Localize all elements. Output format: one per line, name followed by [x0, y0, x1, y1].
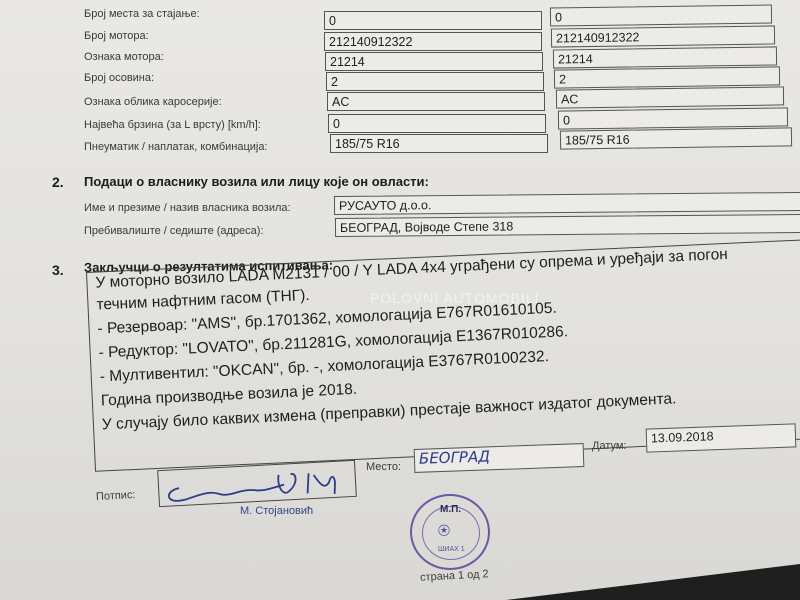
field-value-1: AC	[327, 92, 545, 111]
field-value-2: 212140912322	[551, 25, 775, 47]
signature-scribble-icon	[158, 461, 356, 506]
field-label: Највећа брзина (за L врсту) [km/h]:	[84, 119, 261, 131]
stamp-logo-icon: ⍟	[438, 520, 450, 543]
field-label: Број осовина:	[84, 72, 154, 84]
field-value-1: 21214	[325, 52, 543, 71]
owner-label: Име и презиме / назив власника возила:	[84, 202, 291, 214]
field-value-2: 2	[554, 66, 780, 88]
owner-value: РУСАУТО д.о.о.	[334, 192, 800, 215]
signer-name: М. Стојановић	[240, 505, 313, 517]
date-label: Датум:	[592, 440, 626, 452]
field-value-2: 21214	[553, 46, 777, 68]
stamp-text: ШИАХ 1	[438, 546, 465, 553]
section-3-number: 3.	[52, 262, 64, 278]
field-value-2: 0	[550, 4, 772, 26]
address-value: БЕОГРАД, Војводе Степе 318	[335, 214, 800, 237]
official-stamp: М.П. ⍟ ШИАХ 1	[410, 494, 490, 570]
field-value-1: 0	[328, 114, 546, 133]
field-label: Ознака мотора:	[84, 51, 164, 63]
stamp-label: М.П.	[440, 504, 461, 515]
field-value-1: 185/75 R16	[330, 134, 548, 153]
section-2-number: 2.	[52, 174, 64, 190]
date-value: 13.09.2018	[646, 423, 797, 452]
document-page: Број места за стајање: 0 0 Број мотора: …	[0, 0, 800, 600]
signature-label: Потпис:	[96, 489, 136, 503]
address-label: Пребивалиште / седиште (адреса):	[84, 225, 264, 237]
field-value-1: 2	[326, 72, 544, 91]
place-label: Место:	[366, 461, 401, 473]
field-value-1: 212140912322	[324, 32, 542, 51]
field-label: Пнеуматик / наплатак, комбинација:	[84, 141, 268, 153]
watermark: POLOVNI AUTOMOBILI	[370, 290, 539, 306]
field-label: Број места за стајање:	[84, 8, 200, 20]
conclusion-line: У моторно возило LADA M2131 / 00 / Y LAD…	[95, 246, 728, 293]
place-value: БЕОГРАД	[414, 443, 585, 473]
field-label: Број мотора:	[84, 30, 149, 42]
field-value-2: AC	[556, 86, 784, 108]
field-label: Ознака облика каросерије:	[84, 96, 222, 108]
page-indicator: страна 1 од 2	[420, 568, 489, 584]
field-value-2: 0	[558, 107, 788, 129]
section-2-title: Подаци о власнику возила или лицу које о…	[84, 174, 429, 189]
field-value-2: 185/75 R16	[560, 127, 792, 149]
field-value-1: 0	[324, 11, 542, 30]
